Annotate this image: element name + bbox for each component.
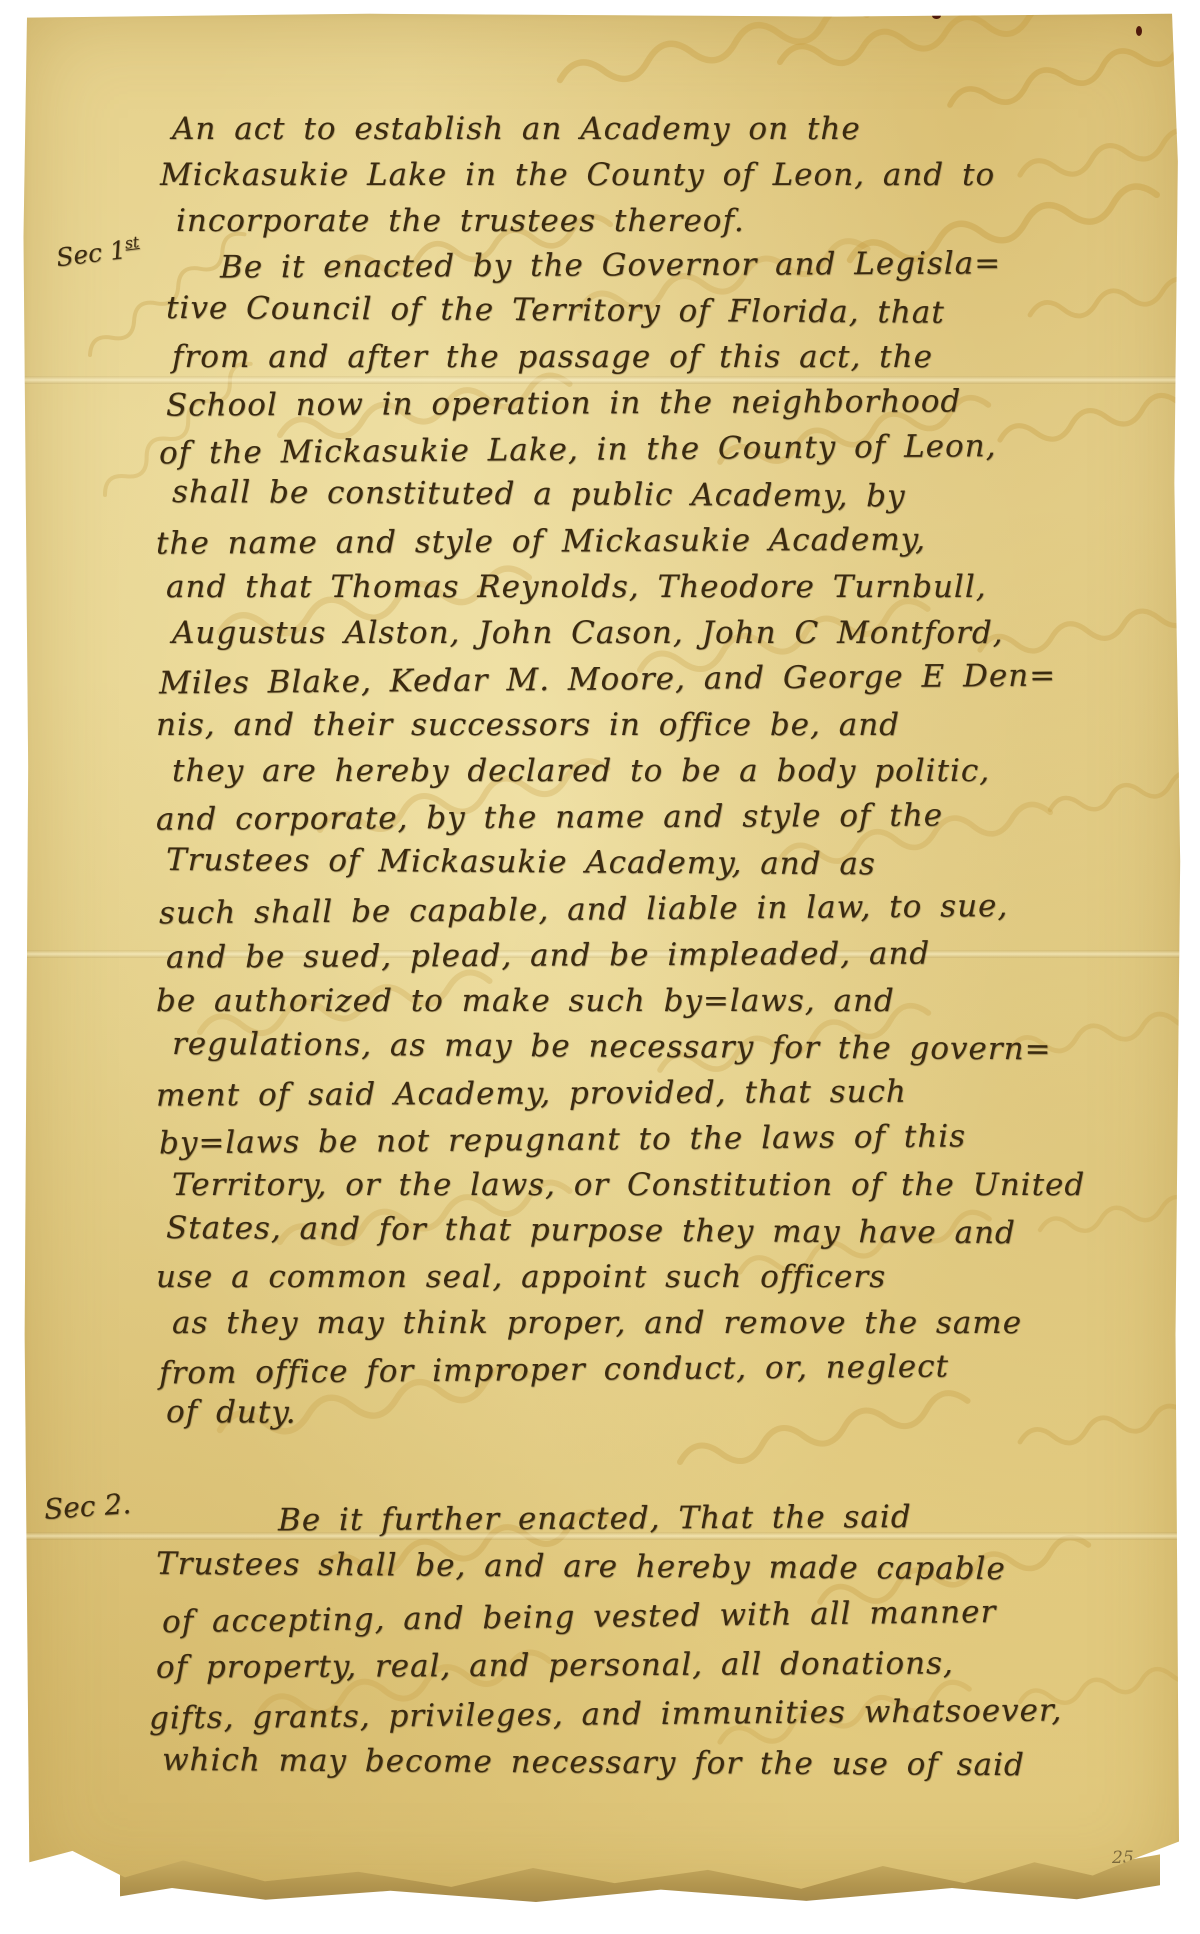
manuscript-page: An act to establish an Academy on theMic…	[20, 10, 1186, 1902]
manuscript-line: Trustees of Mickasukie Academy, and as	[166, 837, 1166, 889]
manuscript-line: of property, real, and personal, all don…	[156, 1638, 1166, 1692]
manuscript-line: Be it further enacted, That the said	[278, 1492, 1166, 1546]
manuscript-line: An act to establish an Academy on the	[172, 106, 1032, 152]
manuscript-line: Be it enacted by the Governor and Legisl…	[220, 240, 1166, 291]
manuscript-line: Territory, or the laws, or Constitution …	[172, 1162, 1166, 1208]
manuscript-line: and that Thomas Reynolds, Theodore Turnb…	[166, 564, 1166, 610]
manuscript-line: such shall be capable, and liable in law…	[159, 882, 1166, 937]
ink-speck	[1136, 26, 1142, 36]
section-2-body: Be it further enacted, That the saidTrus…	[146, 1494, 1166, 1788]
document-heading: An act to establish an Academy on theMic…	[172, 106, 1032, 244]
manuscript-line: School now in operation in the neighborh…	[166, 377, 1166, 428]
manuscript-line: Mickasukie Lake in the County of Leon, a…	[160, 152, 1032, 198]
manuscript-line: nis, and their successors in office be, …	[156, 702, 1166, 748]
manuscript-line: Augustus Alston, John Cason, John C Mont…	[172, 610, 1166, 656]
section-1-body: Be it enacted by the Governor and Legisl…	[156, 242, 1166, 1438]
manuscript-line: ment of said Academy, provided, that suc…	[156, 1067, 1166, 1118]
manuscript-line: of accepting, and being vested with all …	[162, 1586, 1167, 1647]
section-2-label-text: Sec 2.	[43, 1487, 132, 1526]
manuscript-line: tive Council of the Territory of Florida…	[166, 285, 1166, 337]
manuscript-line: of the Mickasukie Lake, in the County of…	[159, 422, 1166, 477]
manuscript-line: as they may think proper, and remove the…	[172, 1300, 1166, 1346]
manuscript-line: from office for improper conduct, or, ne…	[159, 1342, 1166, 1397]
scan-background: { "colors": { "paper": "#e8d590", "ink":…	[0, 0, 1200, 1934]
manuscript-line: they are hereby declared to be a body po…	[172, 748, 1166, 794]
manuscript-line: Miles Blake, Kedar M. Moore, and George …	[159, 652, 1166, 707]
section-2-margin-label: Sec 2.	[43, 1487, 132, 1526]
manuscript-line: States, and for that purpose they may ha…	[166, 1205, 1166, 1257]
manuscript-line: incorporate the trustees thereof.	[176, 198, 1032, 244]
manuscript-line: use a common seal, appoint such officers	[156, 1254, 1166, 1300]
section-1-label-superscript: st	[124, 233, 140, 253]
manuscript-line: by=laws be not repugnant to the laws of …	[159, 1112, 1166, 1167]
manuscript-line: of duty.	[166, 1389, 1166, 1441]
manuscript-line: from and after the passage of this act, …	[172, 334, 1166, 380]
manuscript-line: and corporate, by the name and style of …	[156, 791, 1166, 842]
manuscript-line: the name and style of Mickasukie Academy…	[156, 515, 1166, 566]
manuscript-line: be authorized to make such by=laws, and	[156, 978, 1166, 1024]
manuscript-line: gifts, grants, privileges, and immunitie…	[149, 1686, 1166, 1744]
manuscript-line: and be sued, plead, and be impleaded, an…	[166, 929, 1166, 980]
manuscript-line: shall be constituted a public Academy, b…	[172, 469, 1166, 521]
ink-speck	[932, 12, 941, 19]
manuscript-line: which may become necessary for the use o…	[162, 1736, 1166, 1791]
manuscript-line: regulations, as may be necessary for the…	[172, 1021, 1166, 1073]
